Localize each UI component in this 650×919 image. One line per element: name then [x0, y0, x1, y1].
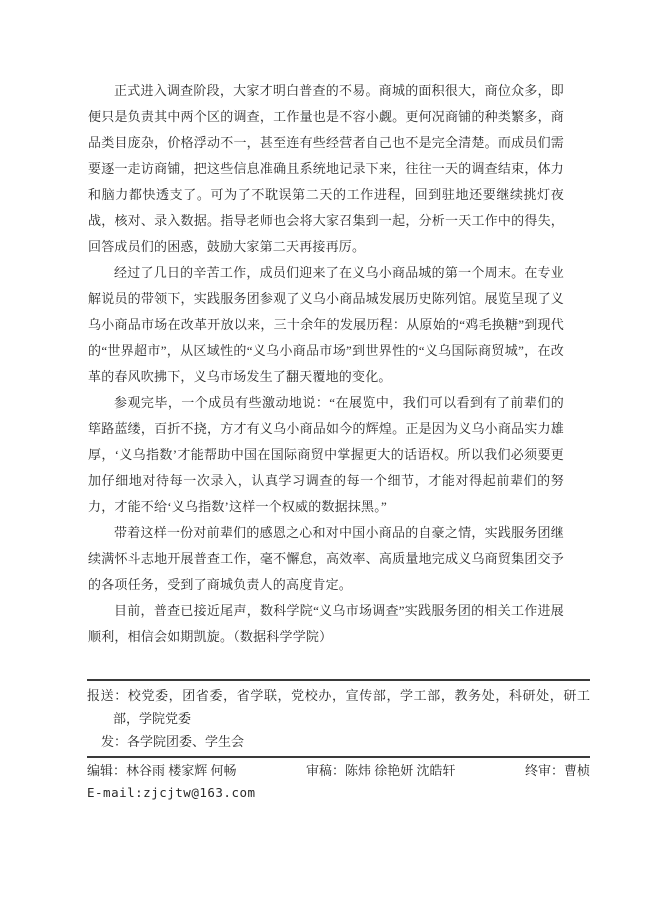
footer-divider-bottom	[87, 756, 590, 758]
paragraph-5: 目前，普查已接近尾声，数科学院“义乌市场调查”实践服务团的相关工作进展顺利，相信…	[88, 598, 564, 650]
reviewers-label: 审稿：	[306, 763, 345, 778]
paragraph-2: 经过了几日的辛苦工作，成员们迎来了在义乌小商品城的第一个周末。在专业解说员的带领…	[88, 260, 564, 390]
article-body: 正式进入调查阶段，大家才明白普查的不易。商城的面积很大，商位众多，即便只是负责其…	[88, 78, 564, 650]
reviewers-group: 审稿：陈炜 徐艳妍 沈皓轩	[306, 760, 456, 782]
footer-divider-top	[87, 679, 590, 681]
credits-line: 编辑：林谷雨 楼家辉 何畅 审稿：陈炜 徐艳妍 沈皓轩 终审：曹桢	[87, 760, 590, 782]
email-line: E-mail:zjcjtw@163.com	[87, 782, 590, 804]
distribute-value: 各学院团委、学生会	[127, 734, 244, 749]
editors-label: 编辑：	[87, 763, 126, 778]
report-to-value: 校党委，团省委，省学联，党校办，宣传部，学工部，教务处，科研处，研工部，学院党委	[113, 688, 590, 726]
paragraph-3: 参观完毕，一个成员有些激动地说：“在展览中，我们可以看到有了前辈们的筚路蓝缕，百…	[88, 390, 564, 520]
distribute-label: 发：	[101, 734, 127, 749]
paragraph-4: 带着这样一份对前辈们的感恩之心和对中国小商品的自豪之情，实践服务团继续满怀斗志地…	[88, 520, 564, 598]
report-to-label: 报送：	[87, 688, 128, 703]
paragraph-1: 正式进入调查阶段，大家才明白普查的不易。商城的面积很大，商位众多，即便只是负责其…	[88, 78, 564, 260]
page-footer: 报送：校党委，团省委，省学联，党校办，宣传部，学工部，教务处，科研处，研工部，学…	[87, 679, 590, 804]
document-page: 正式进入调查阶段，大家才明白普查的不易。商城的面积很大，商位众多，即便只是负责其…	[0, 0, 650, 919]
editors-names: 林谷雨 楼家辉 何畅	[126, 763, 237, 778]
reviewers-names: 陈炜 徐艳妍 沈皓轩	[345, 763, 456, 778]
report-to-line: 报送：校党委，团省委，省学联，党校办，宣传部，学工部，教务处，科研处，研工部，学…	[87, 684, 590, 730]
distribute-line: 发：各学院团委、学生会	[87, 730, 590, 753]
final-reviewer-name: 曹桢	[564, 763, 590, 778]
final-reviewer-label: 终审：	[525, 763, 564, 778]
editors-group: 编辑：林谷雨 楼家辉 何畅	[87, 760, 237, 782]
final-reviewer-group: 终审：曹桢	[525, 760, 590, 782]
